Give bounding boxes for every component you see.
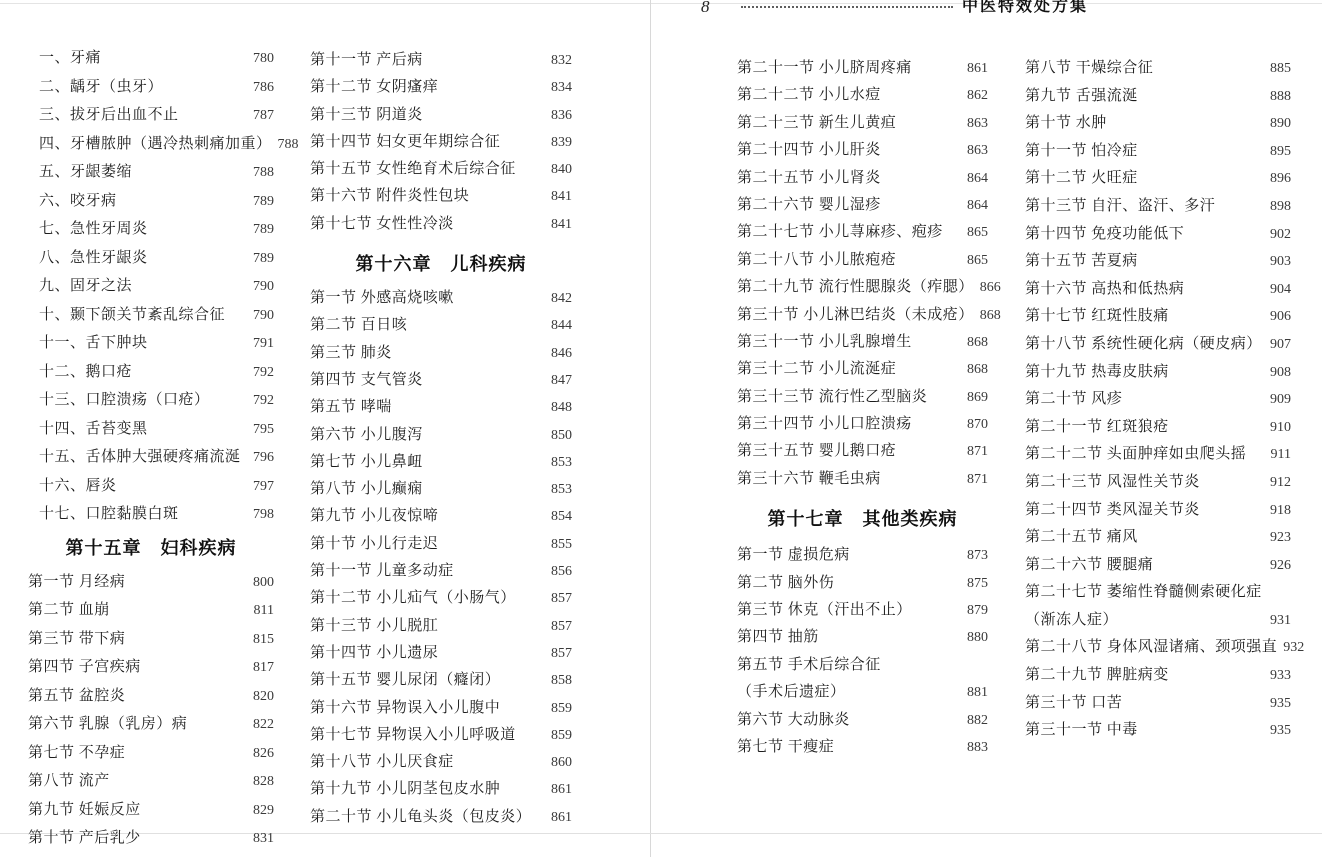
toc-entry-page: 879 — [961, 603, 988, 619]
toc-entry: 第七节 小儿鼻衄853 — [310, 450, 572, 477]
toc-entry: 第十八节 小儿厌食症860 — [310, 750, 572, 777]
book-title: 中医特效处方集 — [962, 0, 1088, 16]
toc-entry-label: 第七节 不孕症 — [28, 741, 125, 762]
toc-entry: 第二十九节 脾脏病变933 — [1025, 663, 1291, 691]
chapter-heading-block: 第十五章 妇科疾病 — [28, 537, 274, 560]
toc-entry: 第六节 大动脉炎882 — [737, 708, 988, 735]
toc-entry-label: 第十节 水肿 — [1025, 111, 1107, 132]
toc-entry-label: 第十八节 小儿厌食症 — [310, 750, 454, 771]
toc-entry: 第三十四节 小儿口腔溃疡870 — [737, 412, 988, 439]
toc-entry-label: 第二节 百日咳 — [310, 313, 407, 334]
toc-entry-label: 第九节 妊娠反应 — [28, 798, 141, 819]
header-leader-dots — [741, 6, 953, 8]
toc-block: 第十一节 产后病832第十二节 女阴瘙痒834第十三节 阴道炎836第十四节 妇… — [310, 48, 572, 239]
toc-entry-page: 842 — [545, 291, 572, 307]
toc-entry-page: 882 — [961, 713, 988, 729]
toc-entry-page: 868 — [961, 362, 988, 378]
toc-entry: 第六节 乳腺（乳房）病822 — [28, 712, 274, 741]
toc-entry-label: 第三十一节 中毒 — [1025, 718, 1138, 739]
toc-entry-page: 817 — [247, 660, 274, 676]
toc-entry-label: 第十三节 自汗、盗汗、多汗 — [1025, 194, 1215, 215]
toc-entry-label: 第二十五节 痛风 — [1025, 525, 1138, 546]
toc-entry: 二、龋牙（虫牙）786 — [28, 75, 274, 104]
toc-entry: 第二十四节 类风湿关节炎918 — [1025, 498, 1291, 526]
toc-entry-page: 831 — [247, 831, 274, 847]
toc-entry-label: 第十四节 妇女更年期综合征 — [310, 130, 500, 151]
toc-entry-label: 第一节 外感高烧咳嗽 — [310, 286, 454, 307]
toc-entry-page: 935 — [1264, 696, 1291, 712]
toc-entry: 第十四节 小儿遗尿857 — [310, 641, 572, 668]
toc-entry: 第三十二节 小儿流涎症868 — [737, 357, 988, 384]
toc-entry-label: 第四节 抽筋 — [737, 625, 819, 646]
toc-entry-label: 第四节 支气管炎 — [310, 368, 423, 389]
toc-entry: 八、急性牙龈炎789 — [28, 246, 274, 275]
toc-entry-page: 860 — [545, 755, 572, 771]
toc-entry-page: 834 — [545, 80, 572, 96]
toc-entry: 第二十七节 萎缩性脊髓侧索硬化症 — [1025, 580, 1291, 608]
toc-entry-label: 第二十四节 类风湿关节炎 — [1025, 498, 1200, 519]
toc-block: 第八节 干燥综合征885第九节 舌强流涎888第十节 水肿890第十一节 怕冷症… — [1025, 56, 1291, 746]
toc-entry-page: 811 — [248, 603, 274, 619]
toc-entry-label: 第十三节 小儿脱肛 — [310, 614, 438, 635]
toc-entry-label: 第三十五节 婴儿鹅口疮 — [737, 439, 896, 460]
toc-entry: 第二十节 风疹909 — [1025, 387, 1291, 415]
toc-entry-label: 第十二节 小儿疝气（小肠气） — [310, 586, 516, 607]
toc-entry: 十、颞下颌关节紊乱综合征790 — [28, 303, 274, 332]
toc-entry-label: 第二十八节 小儿脓疱疮 — [737, 248, 896, 269]
toc-entry-page: 865 — [961, 225, 988, 241]
toc-entry: 第九节 妊娠反应829 — [28, 798, 274, 827]
page-number: 8 — [701, 0, 710, 17]
toc-entry-label: 第二十七节 小儿荨麻疹、疱疹 — [737, 220, 943, 241]
toc-entry-label: 第三节 休克（汗出不止） — [737, 598, 912, 619]
toc-entry-page: 868 — [974, 308, 1001, 324]
toc-entry: （渐冻人症）931 — [1025, 608, 1291, 636]
toc-entry: 六、咬牙病789 — [28, 189, 274, 218]
chapter-heading: 第十六章 儿科疾病 — [310, 253, 572, 276]
toc-entry-page: 923 — [1264, 530, 1291, 546]
toc-entry: 第十二节 小儿疝气（小肠气）857 — [310, 586, 572, 613]
toc-entry-page: 836 — [545, 108, 572, 124]
toc-entry: 第二十一节 红斑狼疮910 — [1025, 415, 1291, 443]
toc-entry-page: 847 — [545, 373, 572, 389]
toc-entry-page: 933 — [1264, 668, 1291, 684]
toc-entry-label: 第六节 乳腺（乳房）病 — [28, 712, 187, 733]
toc-entry-label: 第二十九节 脾脏病变 — [1025, 663, 1169, 684]
toc-entry-label: 第三十节 小儿淋巴结炎（未成疮） — [737, 303, 974, 324]
toc-entry-page: 841 — [545, 189, 572, 205]
toc-entry-label: 第三节 肺炎 — [310, 341, 392, 362]
toc-entry-label: 第八节 流产 — [28, 769, 110, 790]
toc-entry: 第七节 不孕症826 — [28, 741, 274, 770]
toc-entry: 第二十五节 小儿肾炎864 — [737, 166, 988, 193]
toc-entry: 四、牙槽脓肿（遇冷热刺痛加重）788 — [28, 132, 274, 161]
toc-entry-label: 第五节 盆腔炎 — [28, 684, 125, 705]
toc-entry: 第九节 舌强流涎888 — [1025, 84, 1291, 112]
toc-entry-label: 第十六节 高热和低热病 — [1025, 277, 1184, 298]
toc-entry: 第十六节 高热和低热病904 — [1025, 277, 1291, 305]
toc-entry-page: 935 — [1264, 723, 1291, 739]
toc-entry-page: 832 — [545, 53, 572, 69]
toc-entry-label: 六、咬牙病 — [39, 189, 117, 210]
toc-entry: 第十节 小儿行走迟855 — [310, 532, 572, 559]
toc-entry-label: 十、颞下颌关节紊乱综合征 — [39, 303, 225, 324]
toc-block: 第一节 月经病800第二节 血崩811第三节 带下病815第四节 子宫疾病817… — [28, 570, 274, 855]
toc-entry: 第二十八节 身体风湿诸痛、颈项强直932 — [1025, 635, 1291, 663]
toc-entry-page: 798 — [247, 507, 274, 523]
toc-entry: 第八节 流产828 — [28, 769, 274, 798]
toc-entry: 第三十三节 流行性乙型脑炎869 — [737, 385, 988, 412]
toc-entry-page: 854 — [545, 509, 572, 525]
toc-entry-page: 853 — [545, 455, 572, 471]
toc-entry: 第十五节 女性绝育术后综合征840 — [310, 157, 572, 184]
toc-entry-label: 第二十节 风疹 — [1025, 387, 1122, 408]
toc-entry-page: 883 — [961, 740, 988, 756]
toc-entry-page: 909 — [1264, 392, 1291, 408]
toc-entry-label: 四、牙槽脓肿（遇冷热刺痛加重） — [39, 132, 272, 153]
toc-entry-page: 861 — [545, 810, 572, 826]
toc-entry-label: 第二十三节 新生儿黄疸 — [737, 111, 896, 132]
toc-entry: 第三十节 口苦935 — [1025, 691, 1291, 719]
toc-entry: 第六节 小儿腹泻850 — [310, 423, 572, 450]
toc-entry-label: 十五、舌体肿大强硬疼痛流涎 — [39, 445, 241, 466]
toc-entry-label: 五、牙龈萎缩 — [39, 160, 132, 181]
toc-entry-page: 786 — [247, 80, 274, 96]
toc-entry: 第二十二节 头面肿痒如虫爬头摇911 — [1025, 442, 1291, 470]
toc-entry: 第二十三节 新生儿黄疸863 — [737, 111, 988, 138]
toc-entry-page: 903 — [1264, 254, 1291, 270]
toc-entry-label: 第二十六节 腰腿痛 — [1025, 553, 1153, 574]
toc-entry-label: 第九节 舌强流涎 — [1025, 84, 1138, 105]
toc-entry-label: 第七节 干瘦症 — [737, 735, 834, 756]
toc-entry-page: 861 — [545, 782, 572, 798]
toc-entry-label: 十六、唇炎 — [39, 474, 117, 495]
toc-entry-label: 十四、舌苔变黑 — [39, 417, 148, 438]
toc-entry-label: 第三十四节 小儿口腔溃疡 — [737, 412, 912, 433]
toc-entry-label: 第三节 带下病 — [28, 627, 125, 648]
toc-entry-page: 866 — [974, 280, 1001, 296]
toc-entry-label: 第三十三节 流行性乙型脑炎 — [737, 385, 927, 406]
toc-entry-page: 869 — [961, 390, 988, 406]
toc-entry-label: 第十五节 苦夏病 — [1025, 249, 1138, 270]
toc-entry-page: 841 — [545, 217, 572, 233]
toc-entry-page: 864 — [961, 171, 988, 187]
toc-block: 第一节 虚损危病873第二节 脑外伤875第三节 休克（汗出不止）879第四节 … — [737, 543, 988, 762]
chapter-heading-block: 第十六章 儿科疾病 — [310, 253, 572, 276]
toc-entry-page: 828 — [247, 774, 274, 790]
toc-entry-page: 865 — [961, 253, 988, 269]
toc-entry: 第十四节 免疫功能低下902 — [1025, 222, 1291, 250]
toc-block: 一、牙痛780二、龋牙（虫牙）786三、拔牙后出血不止787四、牙槽脓肿（遇冷热… — [28, 46, 274, 531]
toc-entry-page: 875 — [961, 576, 988, 592]
toc-entry-label: 八、急性牙龈炎 — [39, 246, 148, 267]
toc-entry: 第三节 带下病815 — [28, 627, 274, 656]
toc-entry-label: 第十三节 阴道炎 — [310, 103, 423, 124]
toc-entry-page: 902 — [1264, 227, 1291, 243]
toc-entry-page: 863 — [961, 116, 988, 132]
toc-entry: 十五、舌体肿大强硬疼痛流涎796 — [28, 445, 274, 474]
toc-entry-page: 912 — [1264, 475, 1291, 491]
toc-entry: 第八节 干燥综合征885 — [1025, 56, 1291, 84]
toc-entry-label: 第十一节 产后病 — [310, 48, 423, 69]
toc-entry-label: 第二十二节 小儿水痘 — [737, 83, 881, 104]
toc-entry-label: 第二十五节 小儿肾炎 — [737, 166, 881, 187]
toc-entry-label: 第十七节 红斑性肢痛 — [1025, 304, 1169, 325]
toc-entry: 第五节 手术后综合征 — [737, 653, 988, 680]
toc-entry-label: 第三十二节 小儿流涎症 — [737, 357, 896, 378]
toc-entry: 十二、鹅口疮792 — [28, 360, 274, 389]
toc-entry: 五、牙龈萎缩788 — [28, 160, 274, 189]
toc-entry: 第十六节 异物误入小儿腹中859 — [310, 696, 572, 723]
toc-entry-page: 885 — [1264, 61, 1291, 77]
toc-entry-page: 796 — [247, 450, 274, 466]
toc-column-3: 第二十一节 小儿脐周疼痛861第二十二节 小儿水痘862第二十三节 新生儿黄疸8… — [737, 56, 988, 762]
toc-entry-label: 三、拔牙后出血不止 — [39, 103, 179, 124]
toc-entry-page: 864 — [961, 198, 988, 214]
toc-entry: 第三节 肺炎846 — [310, 341, 572, 368]
toc-entry: 第二十七节 小儿荨麻疹、疱疹865 — [737, 220, 988, 247]
toc-entry: 第二十五节 痛风923 — [1025, 525, 1291, 553]
toc-entry-page: 907 — [1264, 337, 1291, 353]
toc-entry-label: 第二十六节 婴儿湿疹 — [737, 193, 881, 214]
toc-block: 第二十一节 小儿脐周疼痛861第二十二节 小儿水痘862第二十三节 新生儿黄疸8… — [737, 56, 988, 494]
toc-entry-page: 910 — [1264, 420, 1291, 436]
toc-entry-label: 第十四节 免疫功能低下 — [1025, 222, 1184, 243]
toc-entry-page: 863 — [961, 143, 988, 159]
toc-entry-label: 十七、口腔黏膜白斑 — [39, 502, 179, 523]
toc-entry: 第一节 虚损危病873 — [737, 543, 988, 570]
toc-entry: 第十五节 婴儿尿闭（癃闭）858 — [310, 668, 572, 695]
toc-entry-label: （渐冻人症） — [1025, 608, 1118, 629]
toc-entry-label: 第六节 大动脉炎 — [737, 708, 850, 729]
toc-entry-page: 911 — [1265, 447, 1291, 463]
toc-entry-label: 十二、鹅口疮 — [39, 360, 132, 381]
toc-entry-page: 880 — [961, 630, 988, 646]
toc-entry: 第三节 休克（汗出不止）879 — [737, 598, 988, 625]
toc-entry-label: 第二节 脑外伤 — [737, 571, 834, 592]
toc-entry-page: 896 — [1264, 171, 1291, 187]
toc-entry-page: 862 — [961, 88, 988, 104]
toc-entry: 第四节 支气管炎847 — [310, 368, 572, 395]
toc-entry-page: 859 — [545, 728, 572, 744]
toc-entry-label: 第二节 血崩 — [28, 598, 110, 619]
toc-entry-label: 第五节 哮喘 — [310, 395, 392, 416]
toc-entry-label: 一、牙痛 — [39, 46, 101, 67]
toc-entry-page: 856 — [545, 564, 572, 580]
toc-entry: 第十三节 自汗、盗汗、多汗898 — [1025, 194, 1291, 222]
toc-entry-page: 829 — [247, 803, 274, 819]
toc-entry-label: 十一、舌下肿块 — [39, 331, 148, 352]
toc-entry: 第十七节 女性性冷淡841 — [310, 212, 572, 239]
toc-entry-label: 第二十节 小儿龟头炎（包皮炎） — [310, 805, 531, 826]
toc-entry-page: 926 — [1264, 558, 1291, 574]
toc-entry: 第二节 脑外伤875 — [737, 571, 988, 598]
toc-entry: 十四、舌苔变黑795 — [28, 417, 274, 446]
toc-entry-label: 第二十九节 流行性腮腺炎（痄腮） — [737, 275, 974, 296]
toc-entry-page: 932 — [1277, 640, 1304, 656]
toc-entry-page: 848 — [545, 400, 572, 416]
toc-entry-page: 822 — [247, 717, 274, 733]
chapter-heading-block: 第十七章 其他类疾病 — [737, 508, 988, 531]
toc-entry: 十三、口腔溃疡（口疮）792 — [28, 388, 274, 417]
toc-entry-label: 第十六节 附件炎性包块 — [310, 184, 469, 205]
toc-entry: 第五节 哮喘848 — [310, 395, 572, 422]
toc-entry-page: 839 — [545, 135, 572, 151]
toc-entry-label: 第十七节 异物误入小儿呼吸道 — [310, 723, 516, 744]
toc-entry: 第一节 外感高烧咳嗽842 — [310, 286, 572, 313]
toc-entry: 第十五节 苦夏病903 — [1025, 249, 1291, 277]
toc-entry: 第十九节 小儿阴茎包皮水肿861 — [310, 777, 572, 804]
toc-entry-page: 846 — [545, 346, 572, 362]
toc-entry: 第十节 水肿890 — [1025, 111, 1291, 139]
toc-entry-page: 855 — [545, 537, 572, 553]
toc-entry: 第十一节 怕冷症895 — [1025, 139, 1291, 167]
toc-entry-page: 820 — [247, 689, 274, 705]
toc-entry-page: 871 — [961, 444, 988, 460]
toc-entry-label: 第十一节 儿童多动症 — [310, 559, 454, 580]
toc-entry-page: 871 — [961, 472, 988, 488]
toc-entry-label: 第十九节 热毒皮肤病 — [1025, 360, 1169, 381]
toc-entry-label: 第一节 月经病 — [28, 570, 125, 591]
toc-entry: 三、拔牙后出血不止787 — [28, 103, 274, 132]
toc-entry-page: 790 — [247, 279, 274, 295]
toc-entry-page: 788 — [272, 137, 299, 153]
toc-entry-label: 第二十八节 身体风湿诸痛、颈项强直 — [1025, 635, 1277, 656]
toc-entry-page: 898 — [1264, 199, 1291, 215]
toc-entry: 十六、唇炎797 — [28, 474, 274, 503]
toc-entry: 第二十六节 婴儿湿疹864 — [737, 193, 988, 220]
toc-entry: 第十七节 异物误入小儿呼吸道859 — [310, 723, 572, 750]
toc-entry-page: 918 — [1264, 503, 1291, 519]
toc-entry-label: 第十节 产后乳少 — [28, 826, 141, 847]
top-rule — [0, 3, 1322, 4]
toc-entry-page: 857 — [545, 646, 572, 662]
toc-entry: 第四节 抽筋880 — [737, 625, 988, 652]
toc-entry-page: 815 — [247, 632, 274, 648]
toc-entry: 第十七节 红斑性肢痛906 — [1025, 304, 1291, 332]
toc-entry: 第十九节 热毒皮肤病908 — [1025, 360, 1291, 388]
toc-entry-label: 第十二节 女阴瘙痒 — [310, 75, 438, 96]
toc-entry-page: 791 — [247, 336, 274, 352]
toc-entry-page: 870 — [961, 417, 988, 433]
toc-entry-label: 第二十七节 萎缩性脊髓侧索硬化症 — [1025, 580, 1262, 601]
toc-entry-page: 790 — [247, 308, 274, 324]
toc-entry-page: 789 — [247, 251, 274, 267]
toc-entry-label: 第十六节 异物误入小儿腹中 — [310, 696, 500, 717]
toc-block: 第一节 外感高烧咳嗽842第二节 百日咳844第三节 肺炎846第四节 支气管炎… — [310, 286, 572, 832]
toc-entry-label: 第十七节 女性性冷淡 — [310, 212, 454, 233]
toc-entry: 第十三节 小儿脱肛857 — [310, 614, 572, 641]
toc-entry: 第二节 血崩811 — [28, 598, 274, 627]
toc-entry: 第三十一节 中毒935 — [1025, 718, 1291, 746]
toc-entry: 第三十一节 小儿乳腺增生868 — [737, 330, 988, 357]
toc-entry-page: 797 — [247, 479, 274, 495]
toc-entry: 十一、舌下肿块791 — [28, 331, 274, 360]
toc-entry: 第十一节 产后病832 — [310, 48, 572, 75]
toc-entry: 第十二节 火旺症896 — [1025, 166, 1291, 194]
toc-entry-page: 789 — [247, 194, 274, 210]
toc-entry-page: 857 — [545, 619, 572, 635]
toc-entry-page: 895 — [1264, 144, 1291, 160]
toc-entry-label: 二、龋牙（虫牙） — [39, 75, 163, 96]
toc-entry: 第十六节 附件炎性包块841 — [310, 184, 572, 211]
toc-entry-label: 第九节 小儿夜惊啼 — [310, 504, 438, 525]
toc-entry: （手术后遗症）881 — [737, 680, 988, 707]
toc-entry-label: 第一节 虚损危病 — [737, 543, 850, 564]
toc-entry-page: 792 — [247, 365, 274, 381]
toc-entry-page: 888 — [1264, 89, 1291, 105]
toc-entry-page: 850 — [545, 428, 572, 444]
toc-entry-label: 第十八节 系统性硬化病（硬皮病） — [1025, 332, 1262, 353]
toc-entry-page: 789 — [247, 222, 274, 238]
toc-entry-page: 861 — [961, 61, 988, 77]
toc-entry-label: 第十二节 火旺症 — [1025, 166, 1138, 187]
toc-entry-page: 858 — [545, 673, 572, 689]
toc-entry-page: 800 — [247, 575, 274, 591]
toc-column-1: 一、牙痛780二、龋牙（虫牙）786三、拔牙后出血不止787四、牙槽脓肿（遇冷热… — [28, 46, 274, 855]
toc-column-2: 第十一节 产后病832第十二节 女阴瘙痒834第十三节 阴道炎836第十四节 妇… — [310, 48, 572, 832]
toc-entry-page: 787 — [247, 108, 274, 124]
toc-entry-page: 904 — [1264, 282, 1291, 298]
toc-entry: 七、急性牙周炎789 — [28, 217, 274, 246]
toc-entry: 九、固牙之法790 — [28, 274, 274, 303]
book-spread: 8 中医特效处方集 一、牙痛780二、龋牙（虫牙）786三、拔牙后出血不止787… — [0, 0, 1322, 857]
toc-entry-label: 第十五节 女性绝育术后综合征 — [310, 157, 516, 178]
toc-entry-label: 第十一节 怕冷症 — [1025, 139, 1138, 160]
toc-entry-page: 792 — [247, 393, 274, 409]
toc-entry: 第十八节 系统性硬化病（硬皮病）907 — [1025, 332, 1291, 360]
toc-entry-label: 第十节 小儿行走迟 — [310, 532, 438, 553]
toc-entry-label: 第二十三节 风湿性关节炎 — [1025, 470, 1200, 491]
toc-entry: 一、牙痛780 — [28, 46, 274, 75]
toc-column-4: 第八节 干燥综合征885第九节 舌强流涎888第十节 水肿890第十一节 怕冷症… — [1025, 56, 1291, 746]
toc-entry-page: 908 — [1264, 365, 1291, 381]
toc-entry: 第二十节 小儿龟头炎（包皮炎）861 — [310, 805, 572, 832]
toc-entry: 第十一节 儿童多动症856 — [310, 559, 572, 586]
toc-entry-page: 840 — [545, 162, 572, 178]
toc-entry-page: 780 — [247, 51, 274, 67]
toc-entry: 第二十四节 小儿肝炎863 — [737, 138, 988, 165]
toc-entry-page: 873 — [961, 548, 988, 564]
toc-entry: 第五节 盆腔炎820 — [28, 684, 274, 713]
toc-entry-label: 第八节 小儿癫痫 — [310, 477, 423, 498]
chapter-heading: 第十五章 妇科疾病 — [28, 537, 274, 560]
chapter-heading: 第十七章 其他类疾病 — [737, 508, 988, 531]
toc-entry: 第三十五节 婴儿鹅口疮871 — [737, 439, 988, 466]
toc-entry: 第三十节 小儿淋巴结炎（未成疮）868 — [737, 303, 988, 330]
toc-entry: 第一节 月经病800 — [28, 570, 274, 599]
toc-entry: 第二十八节 小儿脓疱疮865 — [737, 248, 988, 275]
page-gutter-line — [650, 0, 651, 857]
toc-entry: 第二节 百日咳844 — [310, 313, 572, 340]
toc-entry-page: 931 — [1264, 613, 1291, 629]
toc-entry-page: 906 — [1264, 309, 1291, 325]
toc-entry-label: 第十四节 小儿遗尿 — [310, 641, 438, 662]
toc-entry-page: 853 — [545, 482, 572, 498]
toc-entry-label: 第二十二节 头面肿痒如虫爬头摇 — [1025, 442, 1246, 463]
toc-entry-page: 868 — [961, 335, 988, 351]
toc-entry: 第十节 产后乳少831 — [28, 826, 274, 855]
toc-entry-label: 九、固牙之法 — [39, 274, 132, 295]
toc-entry: 第九节 小儿夜惊啼854 — [310, 504, 572, 531]
toc-entry-page: 795 — [247, 422, 274, 438]
toc-entry: 第二十二节 小儿水痘862 — [737, 83, 988, 110]
toc-entry-label: 第六节 小儿腹泻 — [310, 423, 423, 444]
toc-entry: 第四节 子宫疾病817 — [28, 655, 274, 684]
toc-entry-label: 第三十一节 小儿乳腺增生 — [737, 330, 912, 351]
toc-entry-label: 第十九节 小儿阴茎包皮水肿 — [310, 777, 500, 798]
toc-entry: 第十三节 阴道炎836 — [310, 103, 572, 130]
